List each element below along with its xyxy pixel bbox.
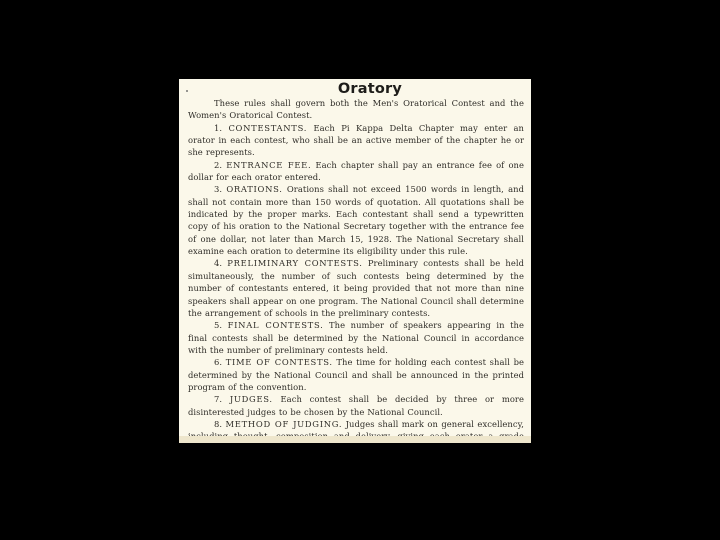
rule-heading: ENTRANCE FEE. — [226, 160, 311, 170]
rule-heading: JUDGES. — [230, 394, 273, 404]
rule-paragraph: 6. TIME OF CONTESTS. The time for holdin… — [188, 356, 524, 393]
document-page: Oratory These rules shall govern both th… — [179, 79, 531, 443]
intro-paragraph: These rules shall govern both the Men's … — [188, 97, 524, 122]
page-speck — [186, 90, 188, 92]
rule-number: 6. — [214, 357, 222, 367]
rule-paragraph: 7. JUDGES. Each contest shall be decided… — [188, 393, 524, 418]
rule-heading: FINAL CONTESTS. — [228, 320, 324, 330]
rule-paragraph: 4. PRELIMINARY CONTESTS. Preliminary con… — [188, 257, 524, 319]
rule-number: 5. — [214, 320, 222, 330]
rule-paragraph: 5. FINAL CONTESTS. The number of speaker… — [188, 319, 524, 356]
rule-text: Orations shall not exceed 1500 words in … — [188, 184, 524, 256]
page-title: Oratory — [188, 81, 524, 97]
rule-number: 1. — [214, 123, 222, 133]
rule-paragraph: 3. ORATIONS. Orations shall not exceed 1… — [188, 183, 524, 257]
rule-paragraph: 2. ENTRANCE FEE. Each chapter shall pay … — [188, 159, 524, 184]
rules-list: 1. CONTESTANTS. Each Pi Kappa Delta Chap… — [188, 122, 524, 443]
rule-heading: ORATIONS. — [226, 184, 282, 194]
rule-number: 3. — [214, 184, 222, 194]
rule-number: 7. — [214, 394, 222, 404]
rule-heading: CONTESTANTS. — [228, 123, 307, 133]
rule-paragraph: 8. METHOD OF JUDGING. Judges shall mark … — [188, 418, 524, 443]
rule-number: 8. — [214, 419, 222, 429]
rule-number: 2. — [214, 160, 222, 170]
rule-heading: PRELIMINARY CONTESTS. — [227, 258, 362, 268]
rule-heading: METHOD OF JUDGING. — [226, 419, 343, 429]
rule-paragraph: 1. CONTESTANTS. Each Pi Kappa Delta Chap… — [188, 122, 524, 159]
rule-heading: TIME OF CONTESTS. — [226, 357, 333, 367]
rule-number: 4. — [214, 258, 222, 268]
